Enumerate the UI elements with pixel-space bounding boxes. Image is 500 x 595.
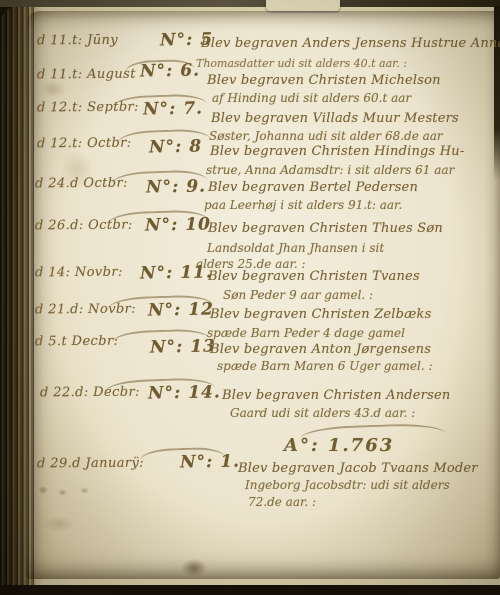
paper-stain — [44, 516, 74, 532]
entry-date: d 21.d: Novbr: — [35, 302, 136, 318]
entry-text-line: Landsoldat Jhan Jhansen i sit — [207, 241, 384, 255]
paper-stain — [58, 489, 67, 496]
entry-number: N°: 10 — [145, 214, 211, 235]
entry-date: d 12.t: Octbr: — [37, 136, 132, 152]
entry-text-line: spæde Barn Maren 6 Uger gamel. : — [217, 359, 433, 373]
entry-date: d 11.t: Jūny — [37, 33, 118, 49]
entry-text-line: Blev begraven Christen Andersen — [222, 388, 450, 403]
entry-text-line: Blev begraven Bertel Pedersen — [208, 180, 418, 195]
year-heading: A°: 1.763 — [284, 435, 394, 456]
entry-number: N°: 12 — [148, 299, 214, 320]
paper-stain — [180, 558, 208, 578]
entry-number: N°: 13 — [150, 336, 216, 357]
entry-text-line: Blev begraven Christen Thues Søn — [208, 221, 443, 236]
entry-number: N°: 14. — [148, 382, 221, 403]
entry-text-line: Blev begraven Anton Jørgensens — [210, 342, 431, 357]
entry-text-line: 72.de aar. : — [248, 495, 316, 509]
entry-text-line: af Hinding udi sit alders 60.t aar — [212, 91, 411, 105]
entry-number: N°: 11. — [140, 262, 213, 283]
entry-number: N°: 1. — [180, 451, 240, 472]
entry-text-line: strue, Anna Adamsdtr: i sit alders 61 aa… — [206, 163, 454, 177]
paper-stain — [80, 487, 89, 494]
entry-number: N°: 9. — [146, 176, 206, 197]
entry-text-line: Ingeborg Jacobsdtr: udi sit alders — [245, 478, 450, 492]
entry-text-line: Søster, Johanna udi sit alder 68.de aar — [209, 129, 443, 143]
entry-date: d 29.d Januarÿ: — [37, 456, 144, 472]
entry-date: d 5.t Decbr: — [35, 334, 118, 350]
entry-number: N°: 7. — [143, 98, 203, 119]
entry-text-line: Blev begraven Christen Zelbæks — [210, 307, 431, 322]
entry-text-line: spæde Barn Peder 4 dage gamel — [207, 326, 405, 340]
entry-text-line: paa Leerhøj i sit alders 91.t: aar. — [204, 198, 402, 212]
entry-date: d 14: Novbr: — [35, 265, 123, 281]
entry-date: d 22.d: Decbr: — [40, 385, 140, 401]
entry-text-line: Søn Peder 9 aar gamel. : — [223, 288, 373, 302]
entry-text-line: Thomasdatter udi sit alders 40.t aar. : — [196, 57, 407, 70]
paper-stain — [60, 150, 94, 190]
entry-date: d 26.d: Octbr: — [35, 218, 133, 234]
entry-text-line: Blev begraven Villads Muur Mesters — [211, 111, 459, 126]
manuscript-photo: d 11.t: Jūny N°: 5 Blev begraven Anders … — [0, 0, 500, 595]
handwritten-register: d 11.t: Jūny N°: 5 Blev begraven Anders … — [0, 0, 500, 595]
entry-text-line: Blev begraven Christen Hindings Hu- — [210, 144, 464, 159]
entry-text-line: Blev begraven Christen Tvanes — [208, 269, 420, 284]
entry-date: d 12.t: Septbr: — [37, 100, 139, 116]
entry-number: N°: 8 — [149, 137, 202, 158]
paper-stain — [40, 80, 66, 98]
entry-number: N°: 6. — [140, 60, 200, 81]
entry-text-line: Blev begraven Christen Michelson — [207, 73, 441, 88]
entry-text-line: Blev begraven Anders Jensens Hustrue Ann… — [201, 36, 500, 51]
entry-text-line: Gaard udi sit alders 43.d aar. : — [230, 406, 415, 420]
paper-stain — [38, 486, 48, 494]
entry-text-line: Blev begraven Jacob Tvaans Moder — [238, 461, 478, 476]
